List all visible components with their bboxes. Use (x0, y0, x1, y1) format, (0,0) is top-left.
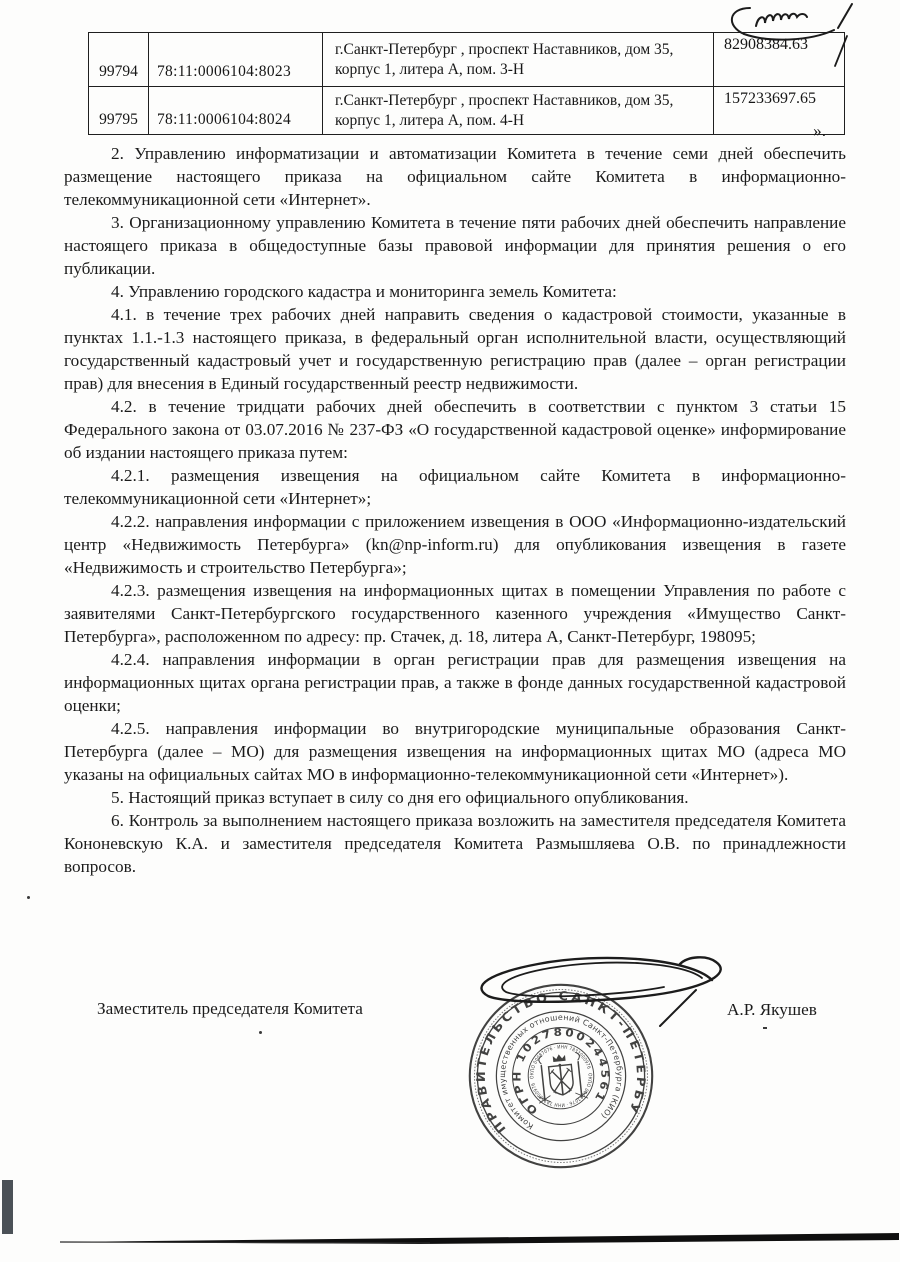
paragraph-4-2-5: 4.2.5. направления информации во внутриг… (64, 717, 846, 786)
handwritten-signature (450, 940, 750, 1040)
paragraph-6: 6. Контроль за выполнением настоящего пр… (64, 809, 846, 878)
paragraph-4-2-2: 4.2.2. направления информации с приложен… (64, 510, 846, 579)
handwritten-initials (718, 0, 888, 72)
scan-speck (763, 1027, 767, 1029)
signatory-title: Заместитель председателя Комитета (97, 999, 363, 1019)
address-line: г.Санкт-Петербург , проспект Наставников… (335, 40, 707, 60)
paragraph-4-2-3: 4.2.3. размещения извещения на информаци… (64, 579, 846, 648)
paragraph-2: 2. Управлению информатизации и автоматиз… (64, 142, 846, 211)
closing-quote: ». (64, 119, 846, 142)
paragraph-4-1: 4.1. в течение трех рабочих дней направи… (64, 303, 846, 395)
address-cell: г.Санкт-Петербург , проспект Наставников… (323, 33, 714, 87)
scanned-order-page: 99794 78:11:0006104:8023 г.Санкт-Петербу… (0, 0, 900, 1262)
address-line: г.Санкт-Петербург , проспект Наставников… (335, 91, 707, 111)
paragraph-4-2-1: 4.2.1. размещения извещения на официальн… (64, 464, 846, 510)
scan-speck (259, 1031, 262, 1034)
paragraph-4: 4. Управлению городского кадастра и мони… (64, 280, 846, 303)
address-line: корпус 1, литера А, пом. 3-Н (335, 60, 707, 80)
paragraph-4-2: 4.2. в течение тридцати рабочих дней обе… (64, 395, 846, 464)
paragraph-5: 5. Настоящий приказ вступает в силу со д… (64, 786, 846, 809)
paragraph-4-2-4: 4.2.4. направления информации в орган ре… (64, 648, 846, 717)
order-body-text: ». 2. Управлению информатизации и автома… (64, 119, 846, 878)
scan-edge-line (0, 1226, 900, 1262)
paragraph-3: 3. Организационному управлению Комитета … (64, 211, 846, 280)
scan-speck (27, 896, 30, 899)
cadastral-number-cell: 78:11:0006104:8023 (149, 33, 323, 87)
row-number-cell: 99794 (89, 33, 149, 87)
